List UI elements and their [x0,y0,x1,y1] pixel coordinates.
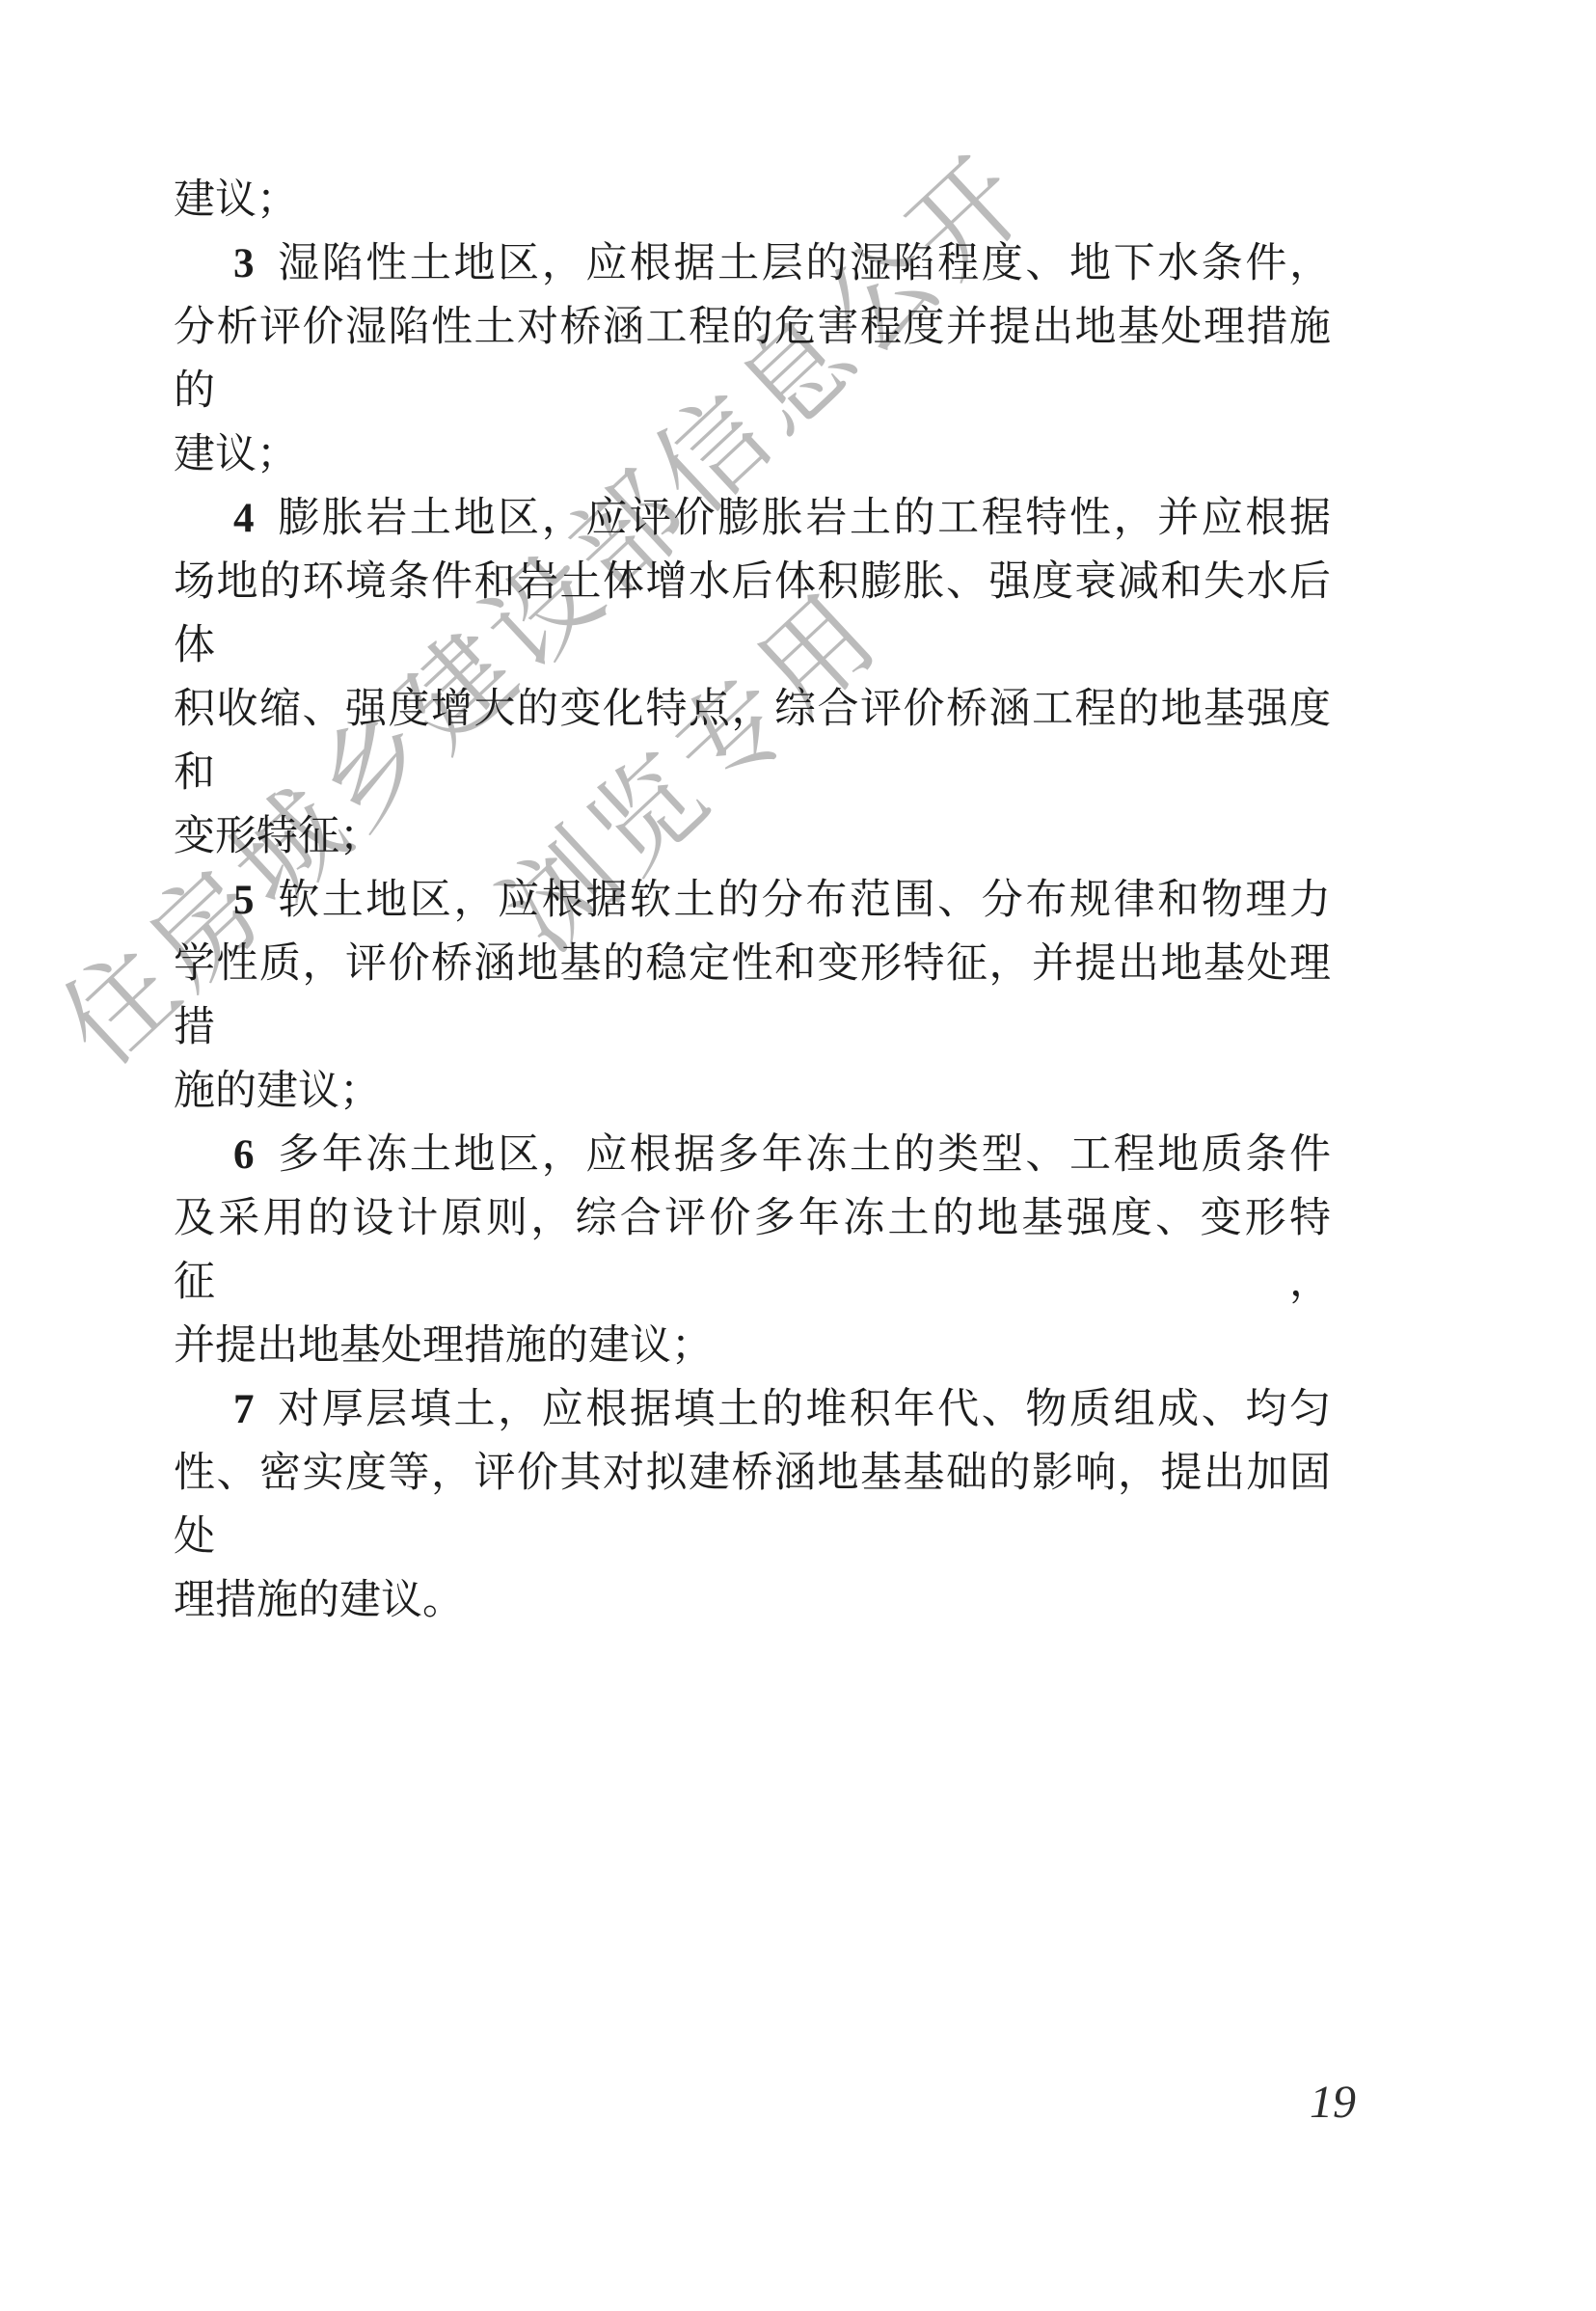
text-line: 建议； [174,169,1331,232]
text-line: 积收缩、强度增大的变化特点，综合评价桥涵工程的地基强度和 [174,678,1331,805]
numbered-item-line: 3湿陷性土地区，应根据土层的湿陷程度、地下水条件， [174,232,1331,296]
text-line: 理措施的建议。 [174,1569,1331,1633]
body-text: 建议；3湿陷性土地区，应根据土层的湿陷程度、地下水条件，分析评价湿陷性土对桥涵工… [174,169,1331,1633]
item-text: 多年冻土地区，应根据多年冻土的类型、工程地质条件 [276,1132,1332,1178]
item-number: 7 [233,1387,276,1432]
text-line: 施的建议； [174,1060,1331,1124]
text-line: 建议； [174,423,1331,487]
numbered-item-line: 5软土地区，应根据软土的分布范围、分布规律和物理力 [174,869,1331,933]
item-text: 膨胀岩土地区，应评价膨胀岩土的工程特性，并应根据 [276,496,1332,541]
item-number: 3 [233,241,276,286]
item-text: 湿陷性土地区，应根据土层的湿陷程度、地下水条件， [276,241,1332,286]
text-line: 并提出地基处理措施的建议； [174,1315,1331,1378]
document-page: 住房城乡建设部信息公开 浏览专用 建议；3湿陷性土地区，应根据土层的湿陷程度、地… [0,0,1596,2311]
numbered-item-line: 7对厚层填土，应根据填土的堆积年代、物质组成、均匀 [174,1378,1331,1442]
text-line: 场地的环境条件和岩土体增水后体积膨胀、强度衰减和失水后体 [174,551,1331,678]
numbered-item-line: 4膨胀岩土地区，应评价膨胀岩土的工程特性，并应根据 [174,487,1331,551]
text-line: 学性质，评价桥涵地基的稳定性和变形特征，并提出地基处理措 [174,933,1331,1060]
item-number: 6 [233,1132,276,1178]
text-line: 及采用的设计原则，综合评价多年冻土的地基强度、变形特征， [174,1187,1331,1315]
item-text: 对厚层填土，应根据填土的堆积年代、物质组成、均匀 [276,1387,1332,1432]
item-number: 5 [233,878,276,923]
text-line: 分析评价湿陷性土对桥涵工程的危害程度并提出地基处理措施的 [174,296,1331,423]
text-line: 变形特征； [174,805,1331,869]
item-text: 软土地区，应根据软土的分布范围、分布规律和物理力 [276,878,1332,923]
page-number: 19 [1310,2076,1356,2129]
text-line: 性、密实度等，评价其对拟建桥涵地基基础的影响，提出加固处 [174,1442,1331,1569]
item-number: 4 [233,496,276,541]
numbered-item-line: 6多年冻土地区，应根据多年冻土的类型、工程地质条件 [174,1124,1331,1187]
